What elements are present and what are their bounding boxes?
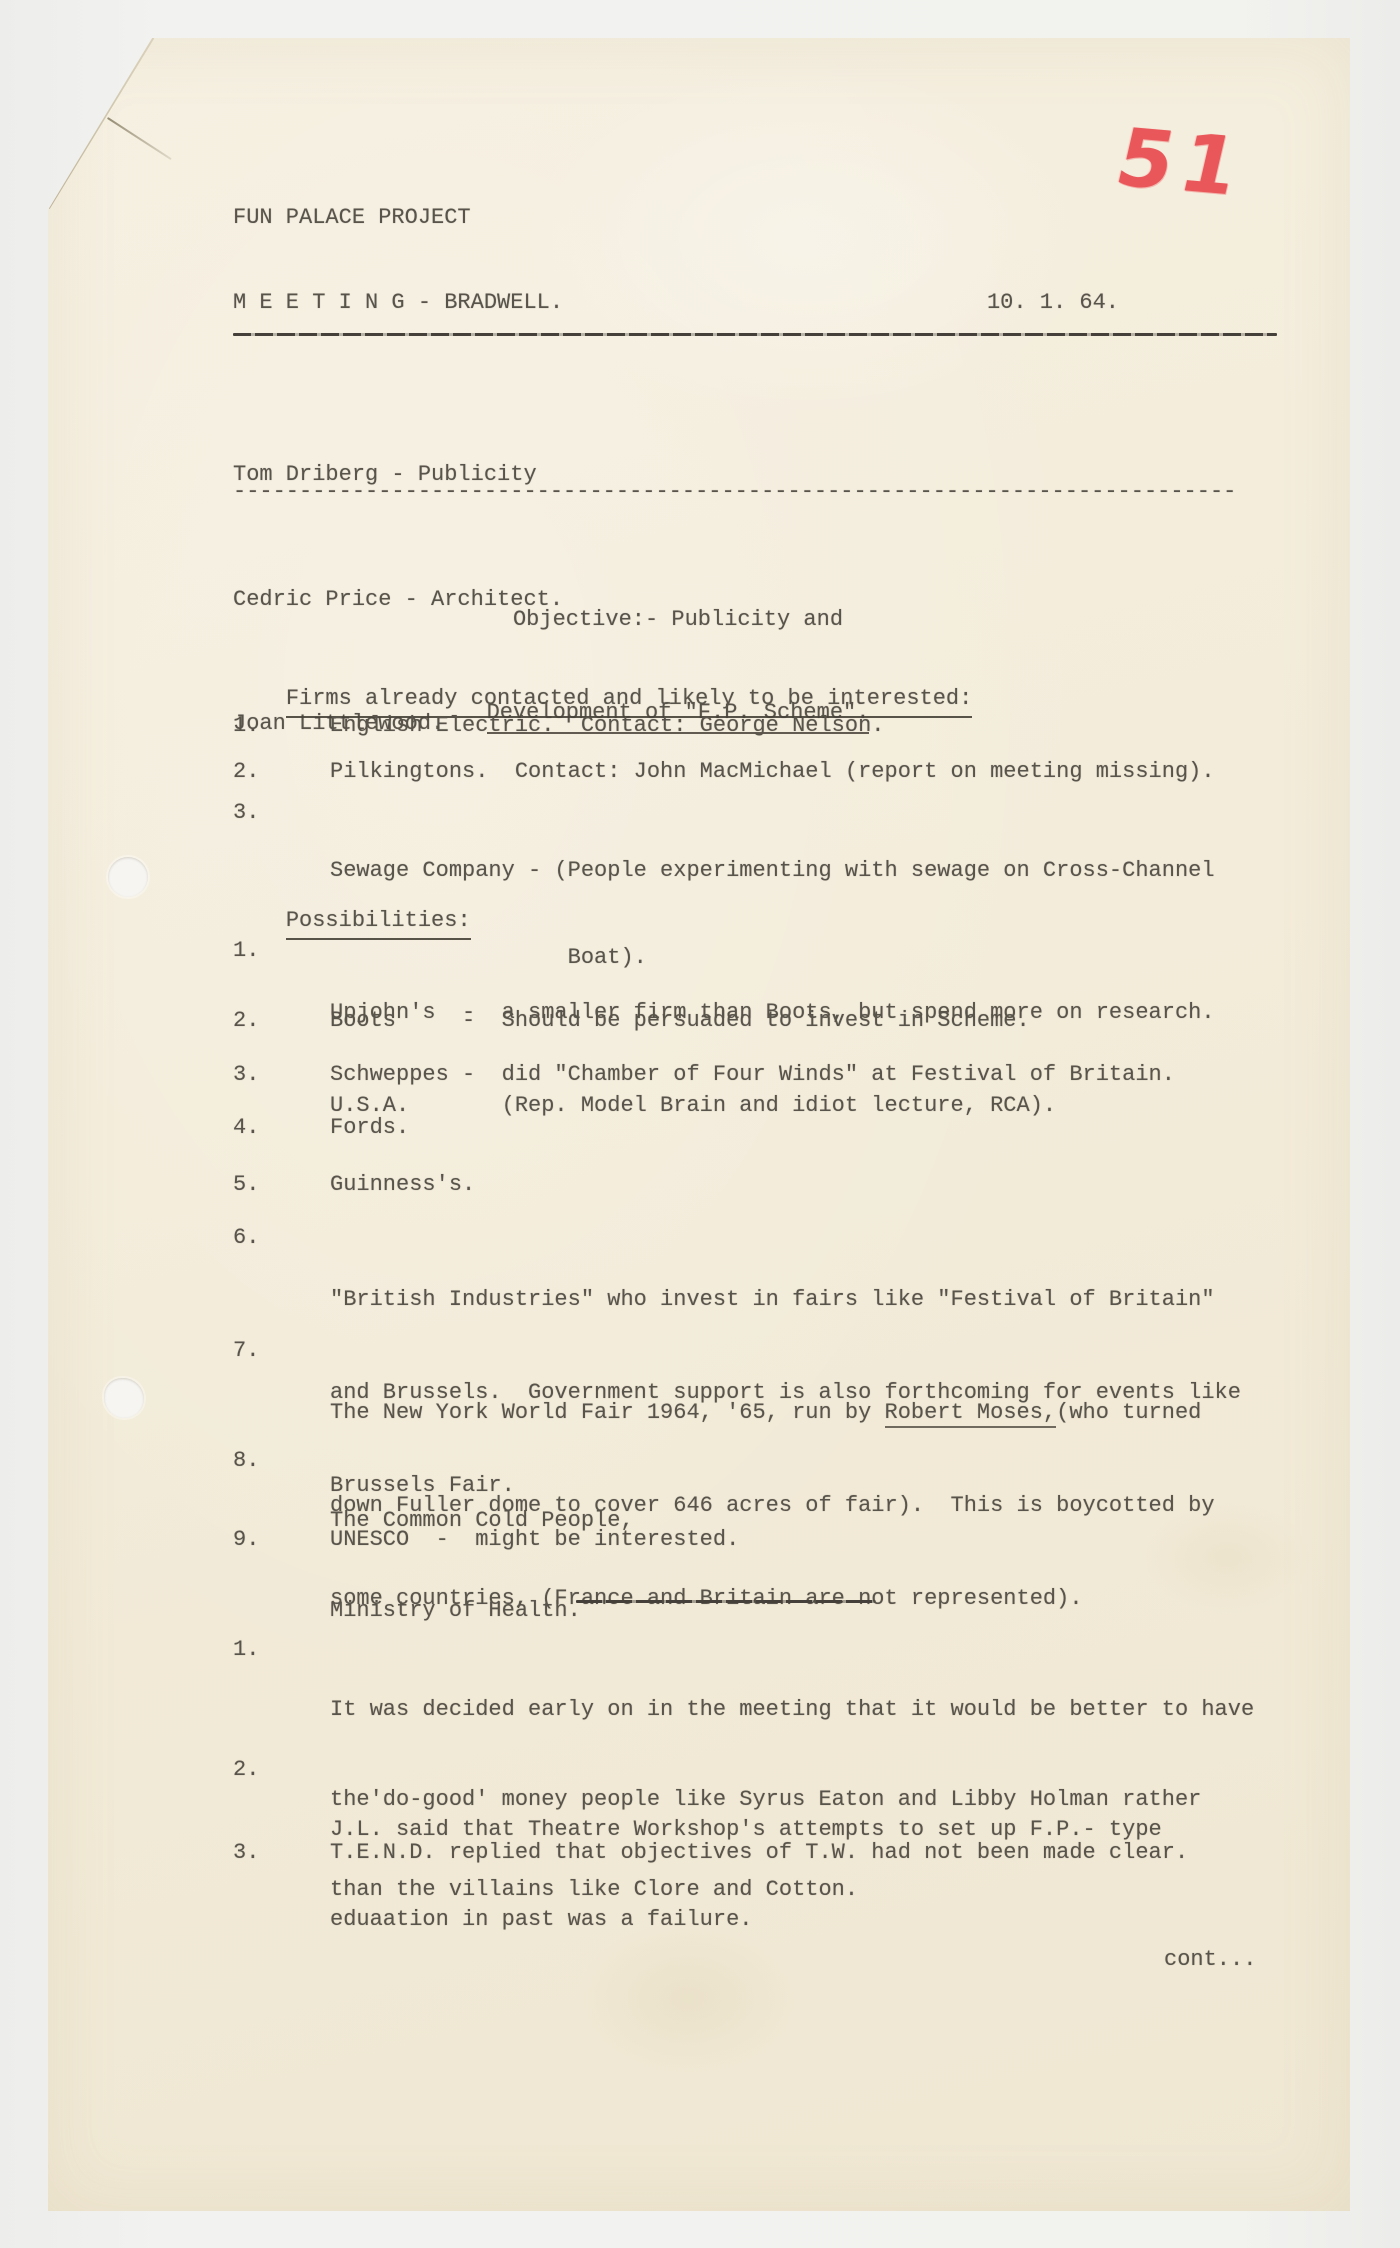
item-number: 1. (233, 711, 330, 740)
item-text: Pilkingtons. Contact: John MacMichael (r… (330, 757, 1215, 786)
item-text: Guinness's. (330, 1169, 475, 1200)
item-text: It was decided early on in the meeting t… (330, 1695, 1254, 1725)
item-text: Schweppes - did "Chamber of Four Winds" … (330, 1059, 1175, 1090)
corner-crease-line (48, 37, 154, 209)
item-number: 2. (233, 1755, 330, 1995)
item-number: 9. (233, 1525, 330, 1555)
punch-hole-bottom (104, 1378, 144, 1418)
handwritten-page-number: 51 (1108, 111, 1256, 214)
folded-corner (48, 38, 152, 208)
dashed-divider: ----------------------------------------… (233, 477, 1236, 506)
item-text: U.S.A. (Rep. Model Brain and idiot lectu… (330, 1090, 1215, 1121)
meeting-date: 10. 1. 64. (987, 288, 1119, 317)
item-text: Boots - Should be persuaded to invest in… (330, 1005, 1030, 1036)
list-item: 5. Guinness's. (233, 1169, 475, 1200)
objective-line: Objective:- Publicity and (233, 604, 1123, 635)
meeting-title: M E E T I N G - BRADWELL. (233, 288, 563, 317)
list-item: 1. English Electric. Contact: George Nel… (233, 711, 885, 740)
item-text: eduaation in past was a failure. (330, 1905, 1162, 1935)
scanned-document-page: { "annotations": { "red_page_number": "5… (0, 0, 1400, 2248)
list-item: 9. UNESCO - might be interested. (233, 1525, 739, 1555)
item-number: 3. (233, 1838, 330, 1868)
item-text: English Electric. Contact: George Nelson… (330, 711, 885, 740)
item-number: 2. (233, 757, 330, 786)
list-item: 4. Fords. (233, 1112, 409, 1143)
continuation-note: cont... (1164, 1945, 1256, 1974)
project-title: FUN PALACE PROJECT (233, 203, 471, 232)
item-text: "British Industries" who invest in fairs… (330, 1284, 1241, 1315)
item-text: Fords. (330, 1112, 409, 1143)
underlined-name: Robert Moses, (885, 1400, 1057, 1428)
section-separator-line (576, 1600, 876, 1603)
item-number: 2. (233, 1005, 330, 1036)
item-number: 3. (233, 1059, 330, 1090)
document-paper-sheet: 51 FUN PALACE PROJECT M E E T I N G - BR… (48, 38, 1350, 2211)
list-item: 2. Pilkingtons. Contact: John MacMichael… (233, 757, 1215, 786)
item-number: 4. (233, 1112, 330, 1143)
list-item: 2. Boots - Should be persuaded to invest… (233, 1005, 1030, 1036)
header-rule (233, 333, 1277, 336)
item-text: The New York World Fair 1964, '65, run b… (330, 1397, 1215, 1428)
item-text: T.E.N.D. replied that objectives of T.W.… (330, 1838, 1188, 1868)
item-text: UNESCO - might be interested. (330, 1525, 739, 1555)
list-item: 3. T.E.N.D. replied that objectives of T… (233, 1838, 1188, 1868)
punch-hole-top (108, 857, 148, 897)
list-item: 2. J.L. said that Theatre Workshop's att… (233, 1755, 1162, 1995)
list-item: 3. Schweppes - did "Chamber of Four Wind… (233, 1059, 1175, 1090)
staple-mark (107, 117, 172, 160)
item-number: 5. (233, 1169, 330, 1200)
meeting-header-row: M E E T I N G - BRADWELL. 10. 1. 64. (233, 288, 1119, 317)
